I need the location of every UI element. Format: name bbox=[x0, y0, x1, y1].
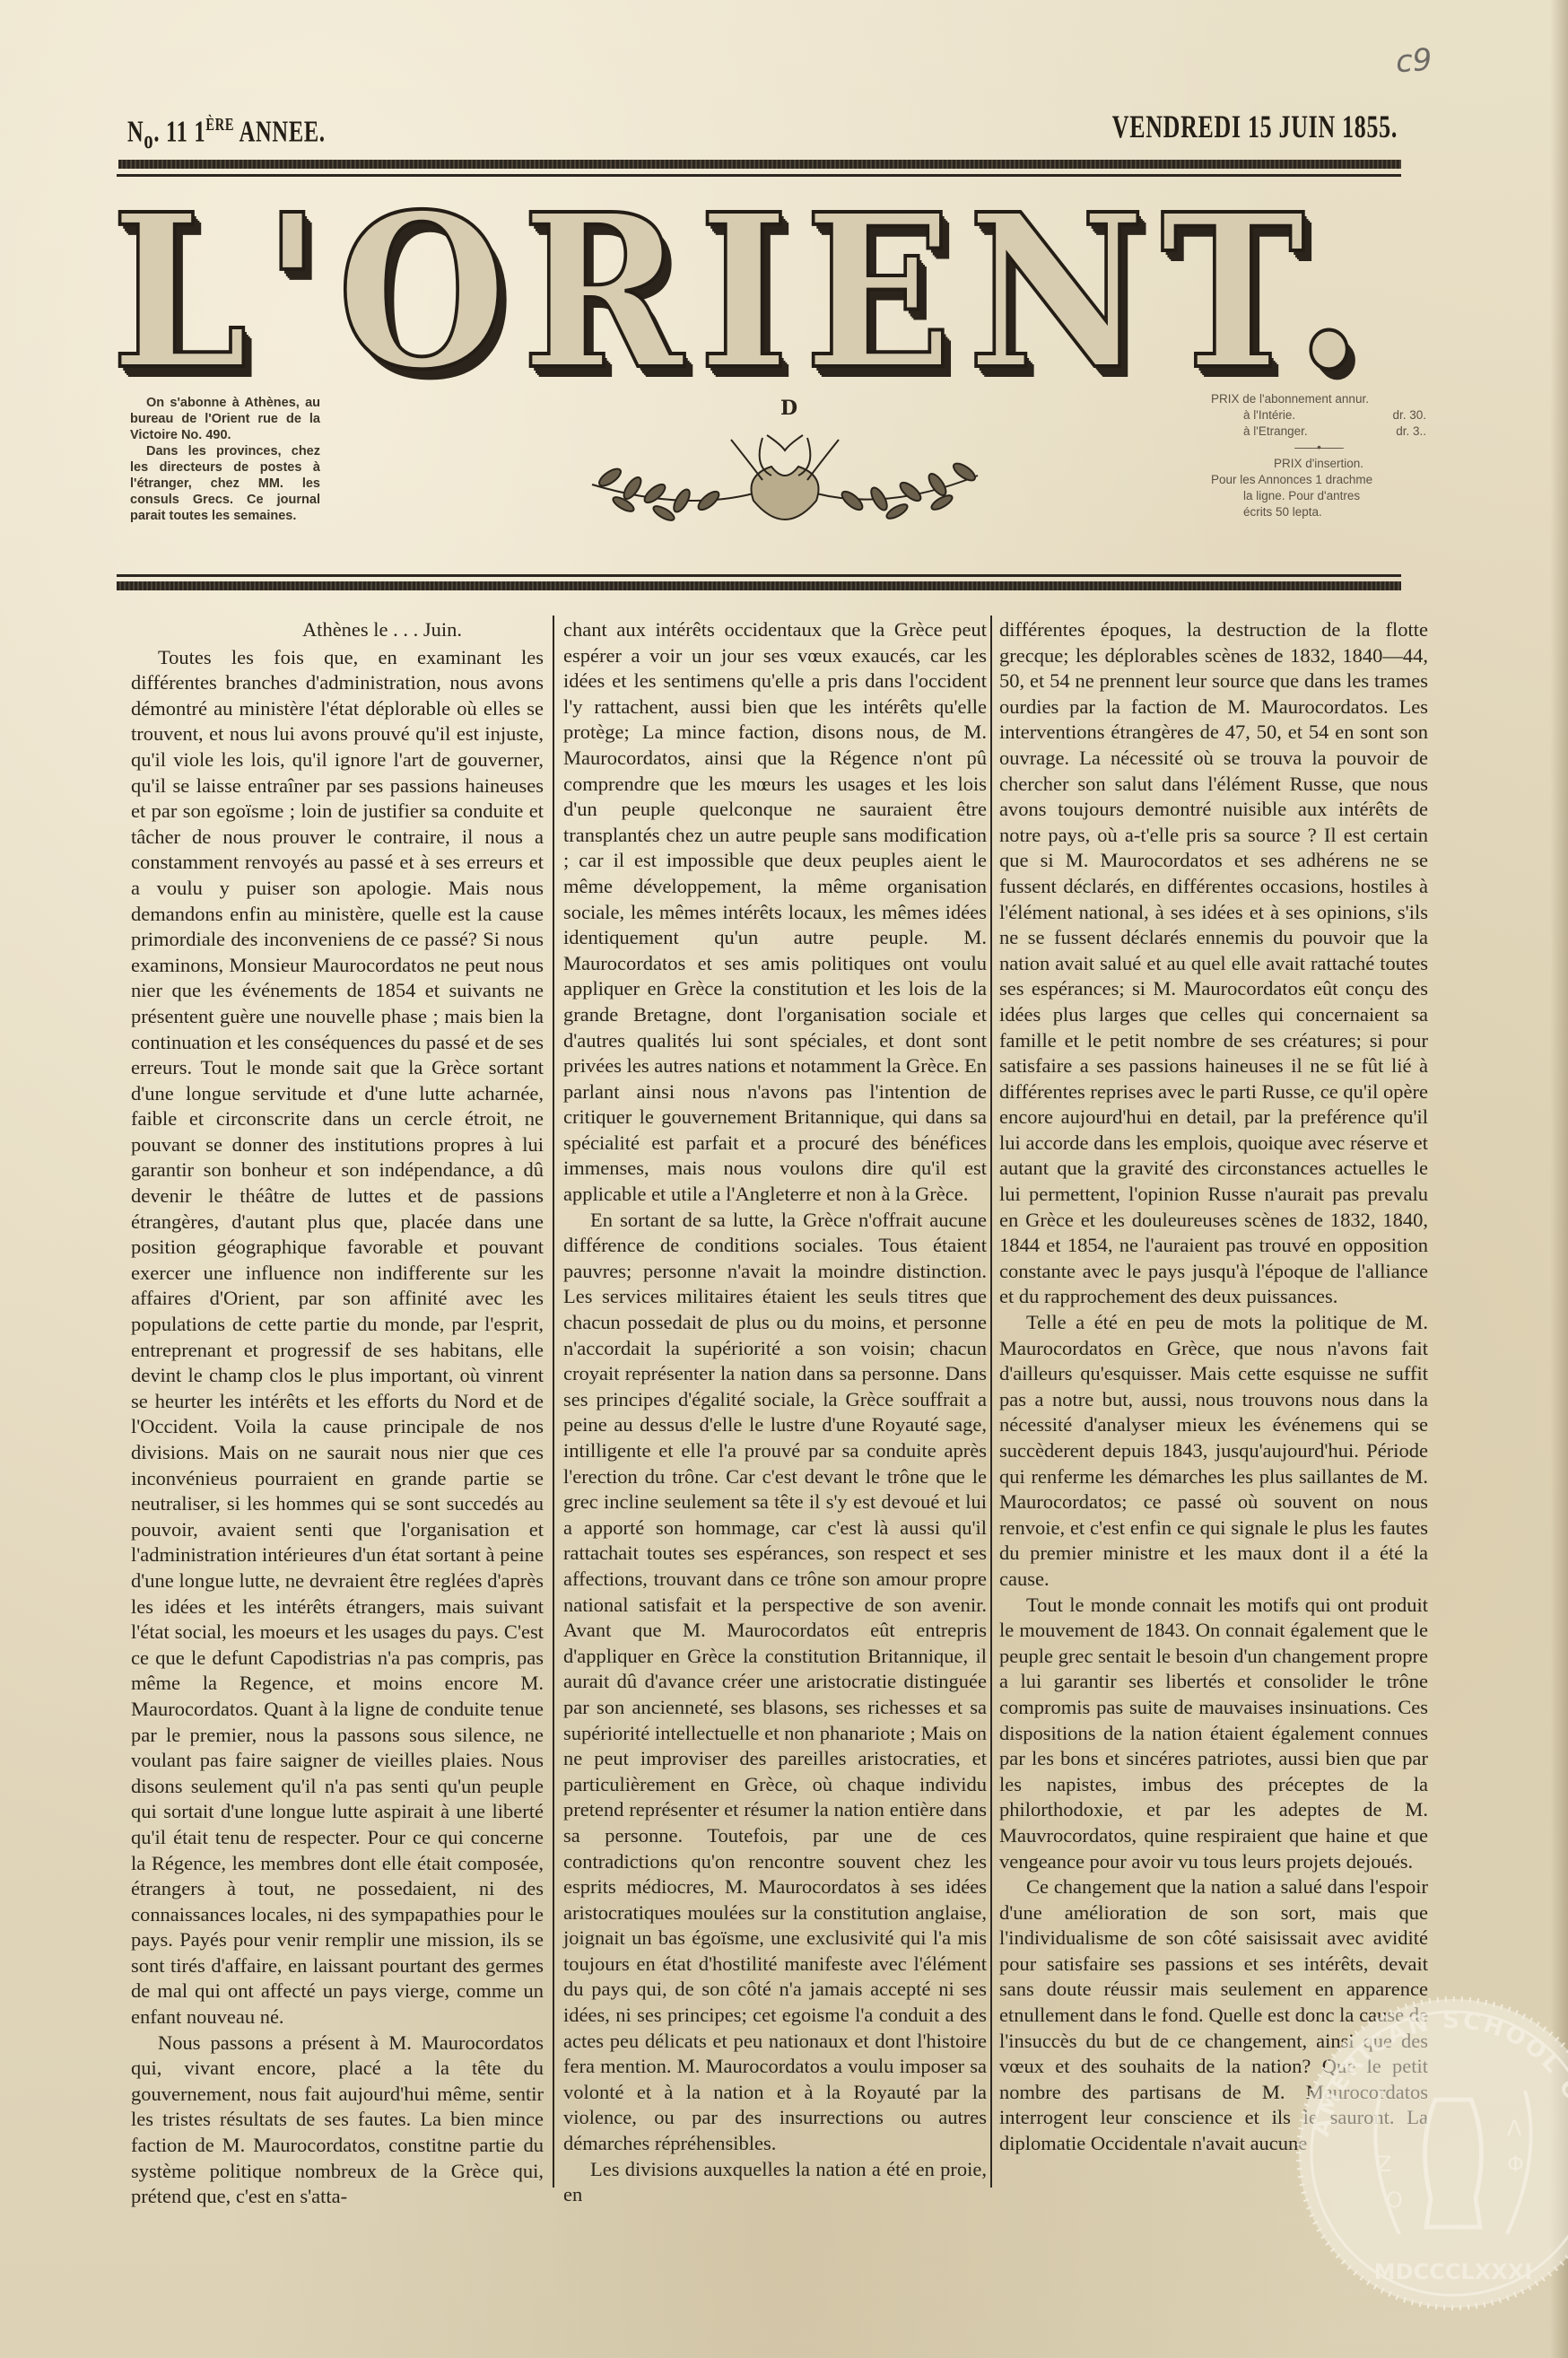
article-paragraph: Toutes les fois que, en examinant les di… bbox=[131, 645, 544, 2030]
insertion-line: Pour les Annonces 1 drachme bbox=[1211, 472, 1426, 488]
article-paragraph: Nous passons a présent à M. Maurocordato… bbox=[131, 2030, 544, 2210]
dove-olive-branch-ornament-icon: D bbox=[556, 395, 1014, 538]
seal-date: MDCCCLXXXI bbox=[1374, 2259, 1532, 2284]
pricing-row: à l'Etranger. dr. 3.. bbox=[1211, 424, 1426, 440]
article-column-3: différentes époques, la destruction de l… bbox=[999, 617, 1428, 2196]
article-columns: Athènes le . . . Juin. Toutes les fois q… bbox=[126, 617, 1428, 2196]
column-divider bbox=[990, 616, 992, 2188]
insertion-line: écrits 50 lepta. bbox=[1211, 504, 1426, 520]
issue-prefix-sub: o bbox=[144, 127, 153, 154]
article-column-2: chant aux intérêts occidentaux que la Gr… bbox=[563, 617, 987, 2196]
svg-text:Ο: Ο bbox=[1386, 2188, 1403, 2213]
svg-text:Λ: Λ bbox=[1507, 2116, 1522, 2141]
issue-header: No. 11 1ÈRE ANNEE. VENDREDI 15 JUIN 1855… bbox=[127, 106, 1398, 151]
pricing-value: dr. 30. bbox=[1392, 407, 1426, 424]
pricing-heading: PRIX de l'abonnement annur. bbox=[1211, 391, 1426, 407]
issue-number-value: 11 bbox=[166, 115, 188, 148]
pricing-label: à l'Etranger. bbox=[1243, 424, 1308, 440]
column-divider bbox=[553, 616, 554, 2188]
pricing-value: dr. 3.. bbox=[1396, 424, 1426, 440]
issue-year-sup: ÈRE bbox=[205, 115, 234, 135]
svg-text:D: D bbox=[780, 397, 797, 420]
library-seal-stamp-icon: AMERICAN SCHOOL OF CLASSICAL STUDIES AT … bbox=[1292, 1992, 1568, 2315]
issue-year-number: 1 bbox=[194, 115, 205, 148]
article-paragraph-continued: différentes époques, la destruction de l… bbox=[999, 617, 1428, 1310]
masthead: L'ORIENT. bbox=[161, 197, 1328, 386]
rule-mid-thin bbox=[117, 574, 1401, 577]
article-paragraph-continued: chant aux intérêts occidentaux que la Gr… bbox=[563, 617, 987, 1208]
article-column-1: Athènes le . . . Juin. Toutes les fois q… bbox=[131, 617, 544, 2196]
pricing-separator: ——•—— bbox=[1211, 440, 1426, 456]
newspaper-title: L'ORIENT. bbox=[111, 186, 1378, 397]
insertion-line: la ligne. Pour d'antres bbox=[1211, 488, 1426, 504]
rule-mid-thick bbox=[117, 581, 1401, 590]
issue-number: No. 11 1ÈRE ANNEE. bbox=[127, 115, 326, 155]
publication-date: VENDREDI 15 JUIN 1855. bbox=[1112, 108, 1398, 145]
subscription-info: On s'abonne à Athènes, au bureau de l'Or… bbox=[130, 395, 320, 524]
article-dateline: Athènes le . . . Juin. bbox=[131, 617, 544, 643]
subscription-paragraph: On s'abonne à Athènes, au bureau de l'Or… bbox=[130, 395, 320, 443]
pricing-row: à l'Intérie. dr. 30. bbox=[1211, 407, 1426, 424]
svg-text:Ζ: Ζ bbox=[1377, 2152, 1391, 2177]
subscription-paragraph: Dans les provinces, chez les directeurs … bbox=[130, 443, 320, 524]
pencil-annotation: c9 bbox=[1395, 42, 1433, 81]
pricing-label: à l'Intérie. bbox=[1243, 407, 1295, 424]
issue-year-word: ANNEE. bbox=[240, 115, 326, 148]
pricing-info: PRIX de l'abonnement annur. à l'Intérie.… bbox=[1211, 391, 1426, 520]
article-paragraph: Tout le monde connait les motifs qui ont… bbox=[999, 1593, 1428, 1875]
insertion-heading: PRIX d'insertion. bbox=[1211, 456, 1426, 472]
svg-text:Φ: Φ bbox=[1507, 2152, 1524, 2177]
issue-prefix: N bbox=[127, 115, 144, 148]
article-paragraph: Telle a été en peu de mots la politique … bbox=[999, 1310, 1428, 1593]
article-paragraph: En sortant de sa lutte, la Grèce n'offra… bbox=[563, 1208, 987, 2157]
article-paragraph: Les divisions auxquelles la nation a été… bbox=[563, 2157, 987, 2208]
